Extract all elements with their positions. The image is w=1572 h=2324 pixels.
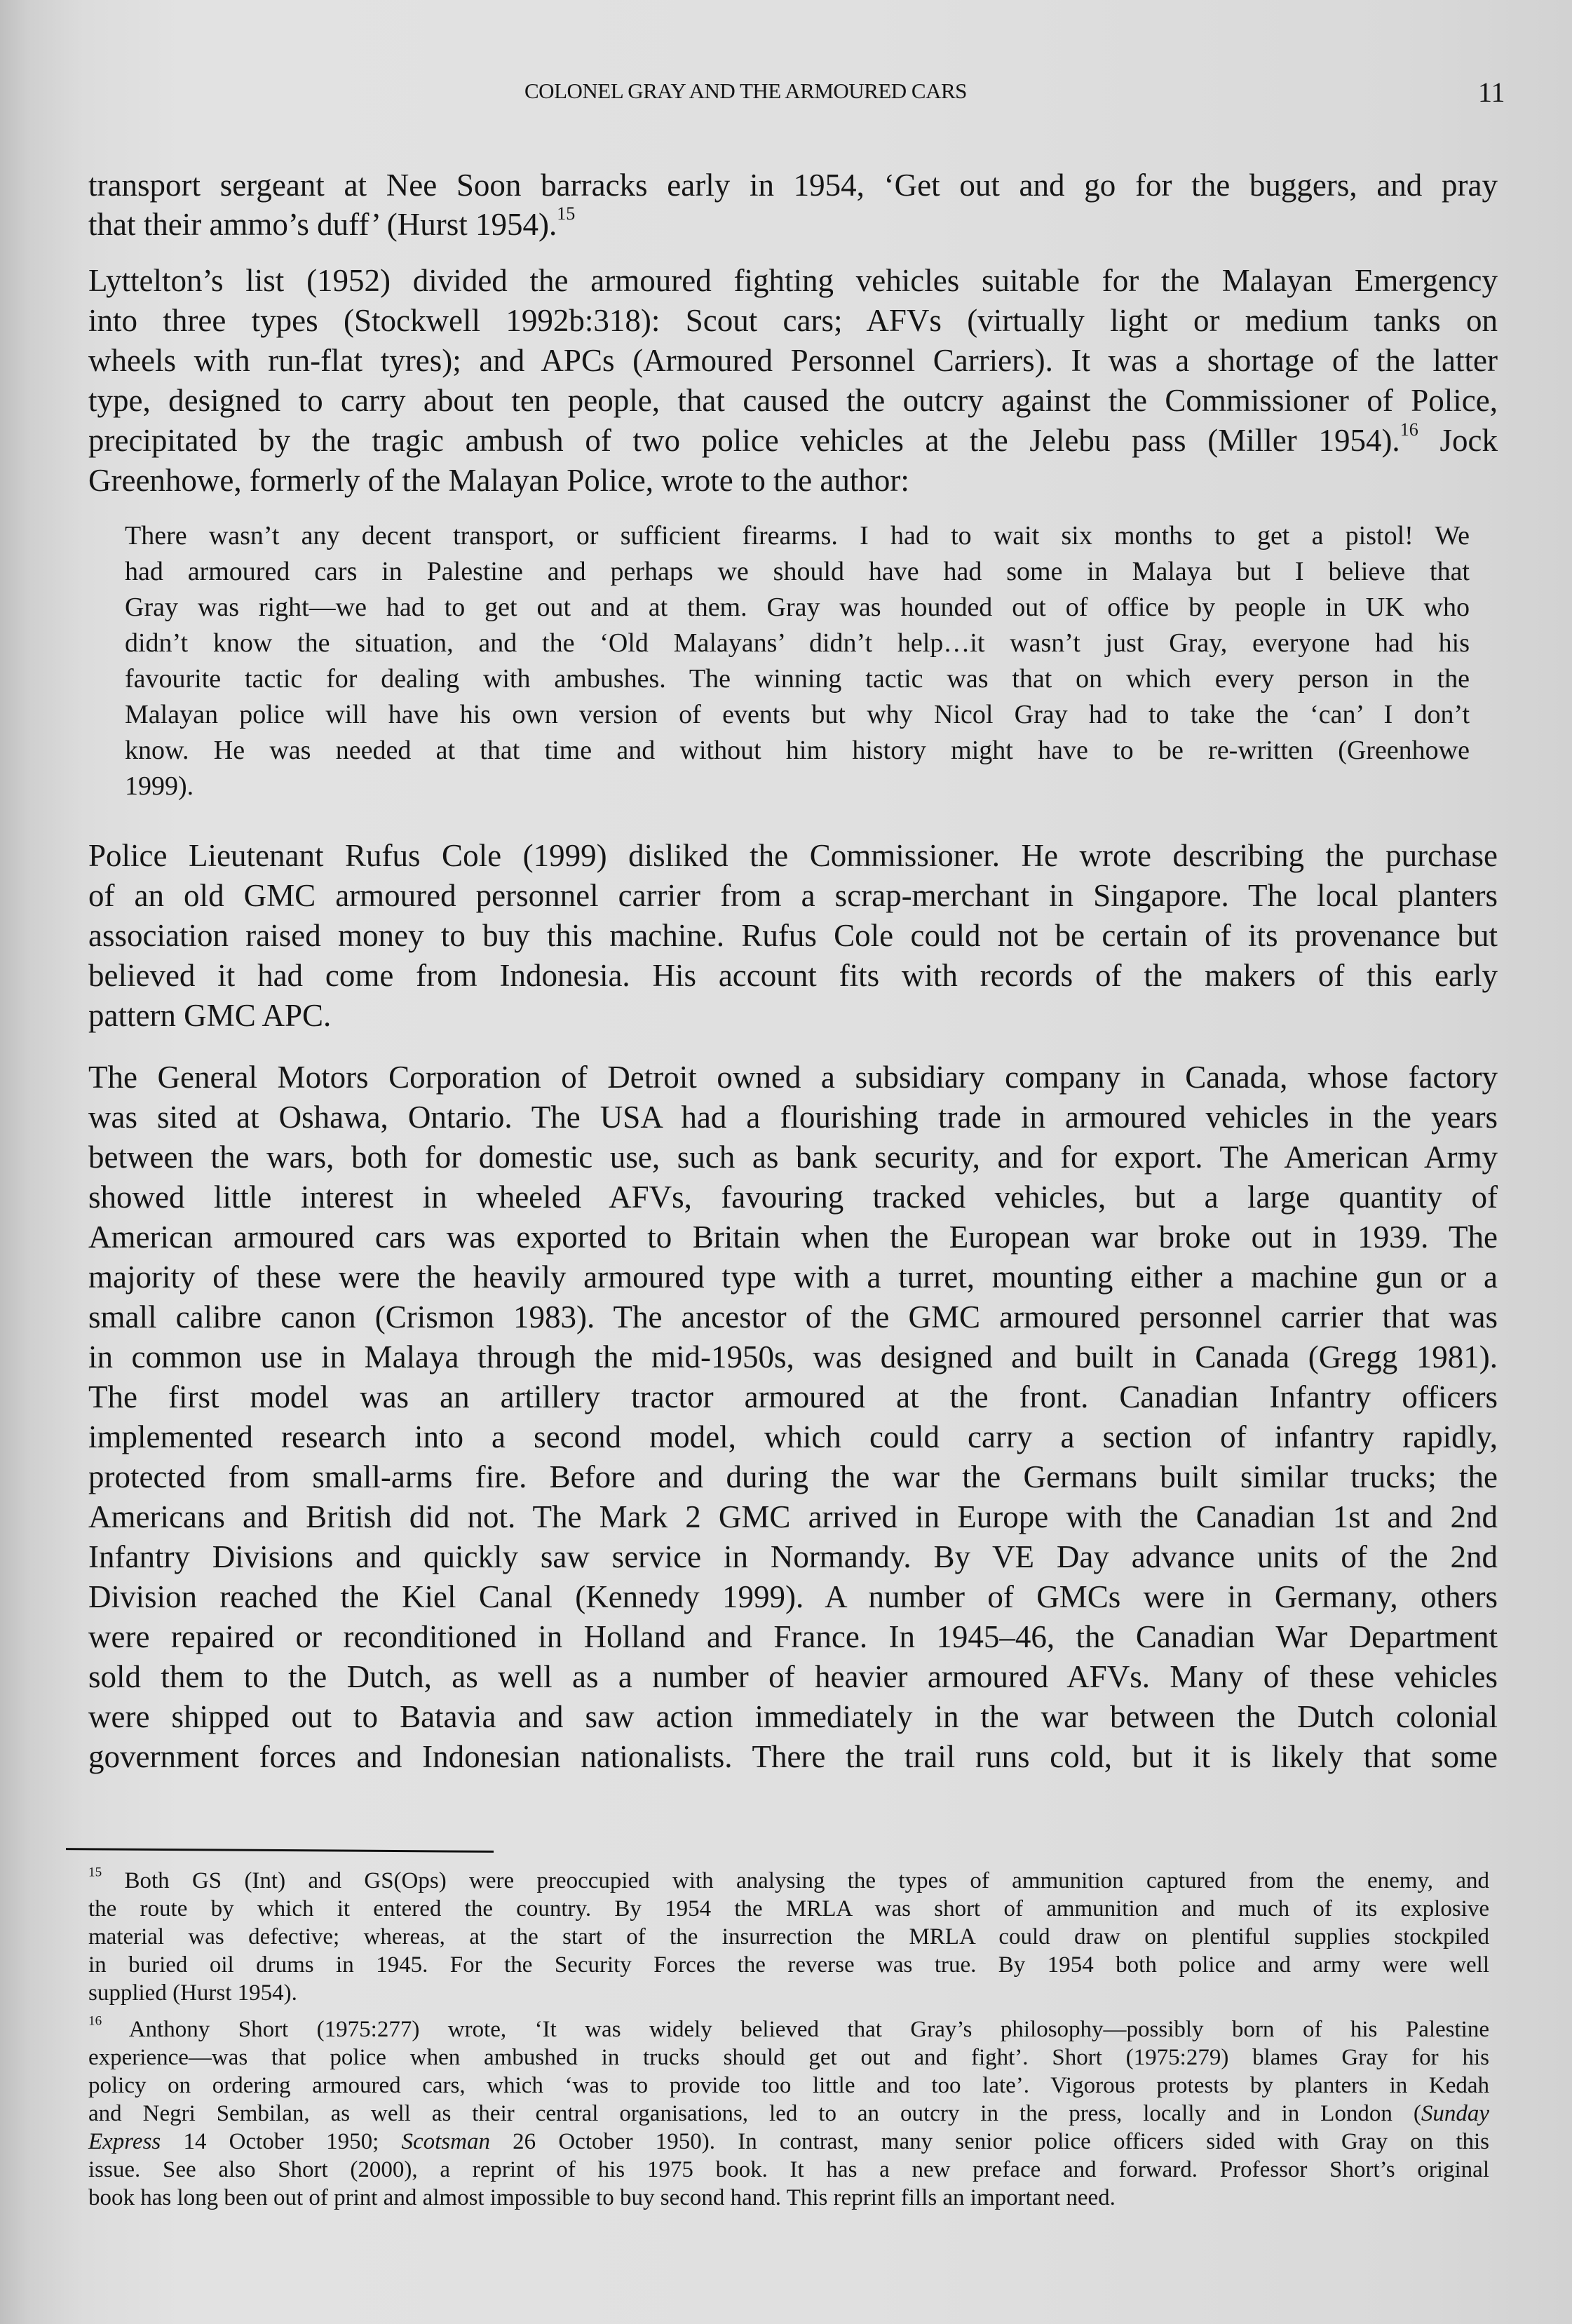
body-line: Division reached the Kiel Canal (Kennedy…	[88, 1577, 1498, 1616]
body-line: transport sergeant at Nee Soon barracks …	[88, 165, 1498, 205]
running-head: COLONEL GRAY AND THE ARMOURED CARS 11	[0, 79, 1572, 114]
body-line: protected from small-arms fire. Before a…	[88, 1457, 1498, 1497]
footnote-line: and Negri Sembilan, as well as their cen…	[88, 2100, 1489, 2128]
footnote-line: Express 14 October 1950; Scotsman 26 Oct…	[88, 2128, 1489, 2156]
page-number: 11	[1478, 76, 1505, 109]
body-line: Lyttelton’s list (1952) divided the armo…	[88, 261, 1498, 300]
footnote-line: in buried oil drums in 1945. For the Sec…	[88, 1951, 1489, 1979]
footnote-text: 14 October 1950;	[183, 2129, 401, 2154]
footnote-number: 16	[88, 2014, 102, 2029]
footnote-line: the route by which it entered the countr…	[88, 1895, 1489, 1923]
quote-line: favourite tactic for dealing with ambush…	[125, 662, 1470, 696]
body-line: government forces and Indonesian nationa…	[88, 1737, 1498, 1776]
body-line: Americans and British did not. The Mark …	[88, 1497, 1498, 1536]
footnote-line: supplied (Hurst 1954).	[88, 1979, 1489, 2007]
body-line: American armoured cars was exported to B…	[88, 1217, 1498, 1257]
body-line: in common use in Malaya through the mid-…	[88, 1337, 1498, 1377]
body-line: of an old GMC armoured personnel carrier…	[88, 876, 1498, 915]
footnote-line: experience—was that police when ambushed…	[88, 2043, 1489, 2072]
italic-title: Scotsman	[401, 2129, 490, 2154]
body-line: wheels with run-flat tyres); and APCs (A…	[88, 341, 1498, 380]
body-line: Greenhowe, formerly of the Malayan Polic…	[88, 461, 1498, 500]
footnote-separator	[66, 1848, 494, 1853]
footnote-line: policy on ordering armoured cars, which …	[88, 2072, 1489, 2100]
quote-line: There wasn’t any decent transport, or su…	[125, 519, 1470, 553]
running-title: COLONEL GRAY AND THE ARMOURED CARS	[524, 79, 967, 104]
body-line: believed it had come from Indonesia. His…	[88, 956, 1498, 995]
body-text: Jock	[1418, 423, 1498, 458]
body-line: were repaired or reconditioned in Hollan…	[88, 1617, 1498, 1656]
footnote-text: and Negri Sembilan, as well as their cen…	[88, 2101, 1421, 2126]
footnote-line: material was defective; whereas, at the …	[88, 1923, 1489, 1951]
footnote-text: Anthony Short (1975:277) wrote, ‘It was …	[129, 2017, 1489, 2042]
body-line: type, designed to carry about ten people…	[88, 381, 1498, 420]
body-line: sold them to the Dutch, as well as a num…	[88, 1657, 1498, 1696]
body-line: Police Lieutenant Rufus Cole (1999) disl…	[88, 836, 1498, 875]
quote-line: Gray was right—we had to get out and at …	[125, 590, 1470, 624]
footnote-ref-15[interactable]: 15	[557, 203, 575, 224]
footnote-text: 26 October 1950). In contrast, many seni…	[490, 2129, 1489, 2154]
body-line: association raised money to buy this mac…	[88, 916, 1498, 955]
quote-line: Malayan police will have his own version…	[125, 698, 1470, 731]
body-line: between the wars, both for domestic use,…	[88, 1137, 1498, 1177]
italic-title: Express	[88, 2129, 161, 2154]
body-line: majority of these were the heavily armou…	[88, 1257, 1498, 1297]
quote-line: had armoured cars in Palestine and perha…	[125, 555, 1470, 588]
body-line: small calibre canon (Crismon 1983). The …	[88, 1297, 1498, 1337]
body-line: The first model was an artillery tractor…	[88, 1377, 1498, 1417]
body-line: were shipped out to Batavia and saw acti…	[88, 1697, 1498, 1736]
footnote-line: 15 Both GS (Int) and GS(Ops) were preocc…	[88, 1867, 1489, 1895]
body-line: precipitated by the tragic ambush of two…	[88, 421, 1498, 460]
quote-line: know. He was needed at that time and wit…	[125, 734, 1470, 767]
body-line: that their ammo’s duff’ (Hurst 1954).15	[88, 205, 1498, 244]
quote-line: 1999).	[125, 769, 1470, 803]
body-line: Infantry Divisions and quickly saw servi…	[88, 1537, 1498, 1576]
footnote-line: 16 Anthony Short (1975:277) wrote, ‘It w…	[88, 2015, 1489, 2043]
body-text: that their ammo’s duff’ (Hurst 1954).	[88, 207, 557, 242]
body-line: was sited at Oshawa, Ontario. The USA ha…	[88, 1097, 1498, 1137]
quote-line: didn’t know the situation, and the ‘Old …	[125, 626, 1470, 660]
footnote-text: Both GS (Int) and GS(Ops) were preoccupi…	[124, 1868, 1489, 1893]
body-line: into three types (Stockwell 1992b:318): …	[88, 301, 1498, 340]
body-line: pattern GMC APC.	[88, 996, 1498, 1035]
body-text: precipitated by the tragic ambush of two…	[88, 423, 1400, 458]
body-line: implemented research into a second model…	[88, 1417, 1498, 1457]
footnote-ref-16[interactable]: 16	[1400, 419, 1418, 440]
italic-title: Sunday	[1421, 2101, 1489, 2126]
footnote-line: book has long been out of print and almo…	[88, 2184, 1489, 2212]
footnote-number: 15	[88, 1865, 102, 1880]
book-page: COLONEL GRAY AND THE ARMOURED CARS 11 tr…	[0, 0, 1572, 2324]
footnote-line: issue. See also Short (2000), a reprint …	[88, 2156, 1489, 2184]
body-line: showed little interest in wheeled AFVs, …	[88, 1177, 1498, 1217]
body-line: The General Motors Corporation of Detroi…	[88, 1058, 1498, 1097]
